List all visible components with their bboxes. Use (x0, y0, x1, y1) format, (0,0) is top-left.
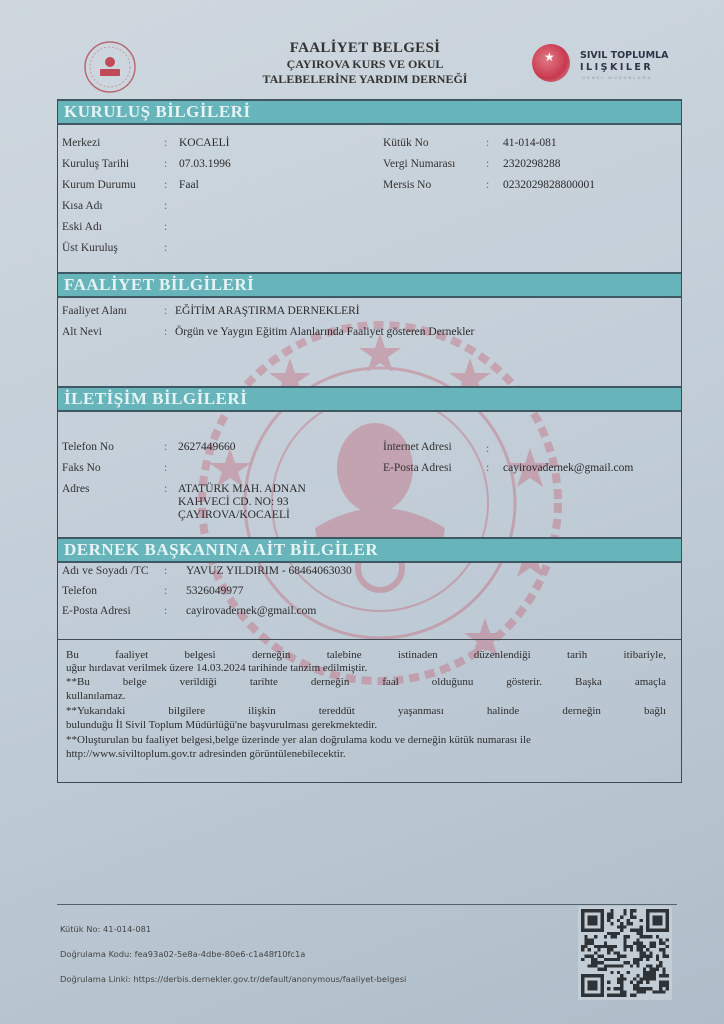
field-value-mersis-no: 0232029828800001 (503, 179, 595, 191)
colon: : (164, 441, 167, 453)
field-label: Faks No (62, 462, 101, 474)
colon: : (486, 462, 489, 474)
field-value-merkezi: KOCAELİ (179, 137, 229, 149)
ministry-seal-icon (83, 40, 137, 94)
note-line: **Bu belge verildiği tarihte derneğin fa… (66, 676, 666, 689)
baskan-heading: DERNEK BAŞKANINA AİT BİLGİLER (58, 537, 681, 563)
field-label: E-Posta Adresi (62, 605, 131, 617)
field-label: Adı ve Soyadı /TC (62, 565, 149, 577)
footer-dogrulama-linki[interactable]: Doğrulama Linki: https://derbis.dernekle… (60, 974, 406, 984)
sivil-toplum-logo-icon: ★ SIVIL TOPLUMLA ILIŞKILER GENEL MÜDÜRLÜ… (530, 42, 680, 92)
organization-name-line1: ÇAYIROVA KURS VE OKUL (200, 57, 530, 72)
field-label: Kurum Durumu (62, 179, 136, 191)
document-title: FAALİYET BELGESİ (200, 40, 530, 57)
field-label: Eski Adı (62, 221, 102, 233)
field-value-baskan-e-posta: cayirovadernek@gmail.com (186, 605, 316, 617)
field-label: Adres (62, 483, 89, 495)
field-label: Kütük No (383, 137, 429, 149)
field-label: E-Posta Adresi (383, 462, 452, 474)
note-line: bulunduğu İl Sivil Toplum Müdürlüğü'ne b… (66, 719, 666, 732)
baskan-section: DERNEK BAŞKANINA AİT BİLGİLER Adı ve Soy… (57, 537, 682, 640)
colon: : (164, 179, 167, 191)
faaliyet-section: FAALİYET BİLGİLERİ Faaliyet Alanı : EĞİT… (57, 272, 682, 387)
star-icon: ★ (544, 50, 555, 65)
notes-section: Bu faaliyet belgesi derneğin talebine is… (57, 639, 682, 783)
field-value-kutuk-no: 41-014-081 (503, 137, 557, 149)
footer-kutuk-no: Kütük No: 41-014-081 (60, 924, 151, 934)
field-value-kurulus-tarihi: 07.03.1996 (179, 158, 231, 170)
field-value-faaliyet-alani: EĞİTİM ARAŞTIRMA DERNEKLERİ (175, 305, 360, 317)
field-label: Vergi Numarası (383, 158, 455, 170)
colon: : (164, 137, 167, 149)
logo-text-line3: GENEL MÜDÜRLÜĞÜ (582, 75, 653, 80)
field-label: Kuruluş Tarihi (62, 158, 129, 170)
colon: : (164, 585, 167, 597)
field-label: Faaliyet Alanı (62, 305, 127, 317)
logo-text-line1: SIVIL TOPLUMLA (580, 50, 668, 61)
field-value-telefon-no: 2627449660 (178, 441, 236, 453)
field-value-e-posta: cayirovadernek@gmail.com (503, 462, 633, 474)
field-label: Üst Kuruluş (62, 242, 118, 254)
colon: : (486, 443, 489, 455)
kurulus-section: KURULUŞ BİLGİLERİ Merkezi : KOCAELİ Kuru… (57, 99, 682, 273)
field-value-adres: ATATÜRK MAH. ADNAN KAHVECİ CD. NO: 93 ÇA… (178, 483, 306, 522)
address-line: ÇAYIROVA/KOCAELİ (178, 509, 306, 522)
colon: : (164, 221, 167, 233)
colon: : (164, 565, 167, 577)
field-label: Kısa Adı (62, 200, 103, 212)
field-label: Telefon No (62, 441, 114, 453)
colon: : (486, 137, 489, 149)
note-line: **Oluşturulan bu faaliyet belgesi,belge … (66, 734, 666, 747)
document-title-block: FAALİYET BELGESİ ÇAYIROVA KURS VE OKUL T… (200, 40, 530, 87)
colon: : (164, 158, 167, 170)
note-line: **Yukarıdaki bilgilere ilişkin tereddüt … (66, 705, 666, 718)
colon: : (164, 483, 167, 495)
iletisim-section: İLETİŞİM BİLGİLERİ Telefon No : 26274496… (57, 386, 682, 538)
footer-dogrulama-kodu: Doğrulama Kodu: fea93a02-5e8a-4dbe-80e6-… (60, 949, 305, 959)
field-value-kurum-durumu: Faal (179, 179, 199, 191)
field-label: İnternet Adresi (383, 441, 452, 453)
logo-text-line2: ILIŞKILER (580, 62, 653, 73)
field-value-alt-nevi: Örgün ve Yaygın Eğitim Alanlarında Faali… (175, 326, 474, 338)
field-label: Mersis No (383, 179, 431, 191)
faaliyet-heading: FAALİYET BİLGİLERİ (58, 272, 681, 298)
field-label: Merkezi (62, 137, 100, 149)
iletisim-heading: İLETİŞİM BİLGİLERİ (58, 386, 681, 412)
field-label: Telefon (62, 585, 97, 597)
field-value-vergi-numarasi: 2320298288 (503, 158, 561, 170)
note-line: Bu faaliyet belgesi derneğin talebine is… (66, 649, 666, 662)
colon: : (164, 305, 167, 317)
colon: : (164, 605, 167, 617)
note-line: http://www.siviltoplum.gov.tr adresinden… (66, 748, 666, 761)
colon: : (164, 242, 167, 254)
colon: : (164, 462, 167, 474)
note-line: uğur hırdavat verilmek üzere 14.03.2024 … (66, 662, 666, 675)
field-label: Alt Nevi (62, 326, 102, 338)
colon: : (164, 200, 167, 212)
faaliyet-belgesi-document: FAALİYET BELGESİ ÇAYIROVA KURS VE OKUL T… (0, 0, 724, 1024)
address-line: ATATÜRK MAH. ADNAN (178, 483, 306, 496)
colon: : (486, 179, 489, 191)
address-line: KAHVECİ CD. NO: 93 (178, 496, 306, 509)
colon: : (486, 158, 489, 170)
note-line: kullanılamaz. (66, 690, 666, 703)
organization-name-line2: TALEBELERİNE YARDIM DERNEĞİ (200, 72, 530, 87)
colon: : (164, 326, 167, 338)
document-header: FAALİYET BELGESİ ÇAYIROVA KURS VE OKUL T… (0, 40, 724, 100)
field-value-baskan-telefon: 5326049977 (186, 585, 244, 597)
footer-divider (57, 904, 677, 905)
field-value-adi-soyadi: YAVUZ YILDIRIM - 68464063030 (186, 565, 352, 577)
qr-code-icon (578, 906, 672, 1000)
kurulus-heading: KURULUŞ BİLGİLERİ (58, 99, 681, 125)
